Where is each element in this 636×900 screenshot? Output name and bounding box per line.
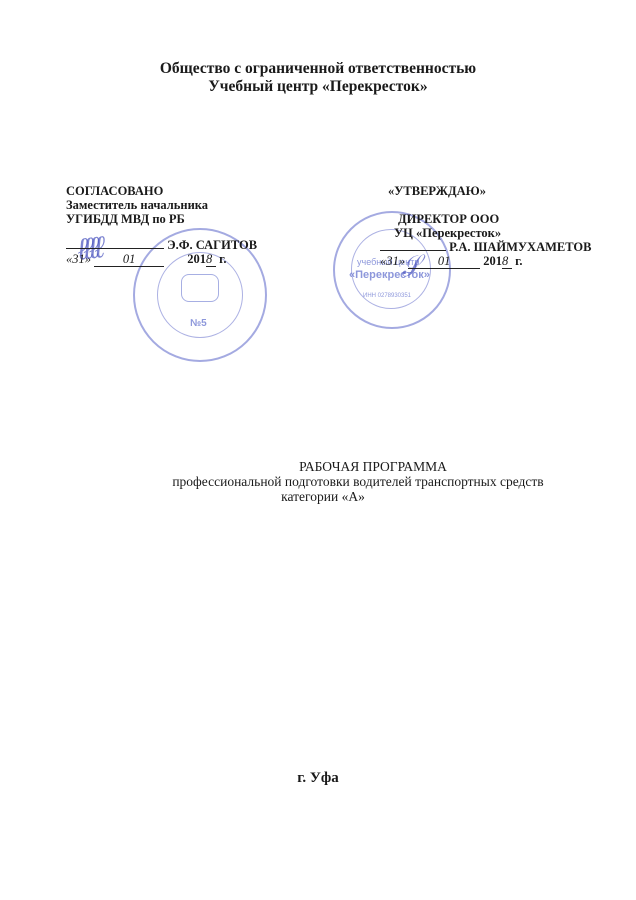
approval-left-department: УГИБДД МВД по РБ — [66, 212, 257, 226]
program-title: РАБОЧАЯ ПРОГРАММА — [0, 459, 636, 474]
approval-right-day: «31» — [380, 254, 405, 268]
approval-left: СОГЛАСОВАНО Заместитель начальника УГИБД… — [66, 184, 257, 267]
city-name: г. Уфа — [297, 770, 339, 786]
approval-right: «УТВЕРЖДАЮ» ДИРЕКТОР ООО УЦ «Перекресток… — [388, 184, 591, 269]
program-subtitle: профессиональной подготовки водителей тр… — [0, 474, 636, 489]
organization-subname: Учебный центр «Перекресток» — [0, 78, 636, 96]
approval-left-day: «31» — [66, 252, 91, 266]
approval-left-position: Заместитель начальника — [66, 198, 257, 212]
approval-right-position-2: УЦ «Перекресток» — [394, 226, 591, 240]
approval-left-year-hand: 8 — [206, 252, 216, 267]
approval-right-title: «УТВЕРЖДАЮ» — [388, 184, 591, 198]
emblem-icon — [181, 274, 219, 302]
company-stamp-inn: ИНН 0278930351 — [363, 293, 411, 299]
approval-right-position-1: ДИРЕКТОР ООО — [398, 212, 591, 226]
approval-right-year-hand: 8 — [502, 254, 512, 269]
approval-left-title: СОГЛАСОВАНО — [66, 184, 257, 198]
program-category: категории «А» — [0, 489, 636, 504]
approval-left-year-suffix: г. — [219, 252, 226, 266]
police-stamp-number: №5 — [190, 318, 207, 329]
approval-left-month: 01 — [123, 252, 136, 266]
program-block: РАБОЧАЯ ПРОГРАММА профессиональной подго… — [0, 459, 636, 504]
approval-left-year: 201 — [187, 252, 206, 266]
approval-left-name: Э.Ф. САГИТОВ — [167, 238, 257, 252]
organization-header: Общество с ограниченной ответственностью… — [0, 60, 636, 96]
approval-right-year-suffix: г. — [515, 254, 522, 268]
approval-right-year: 201 — [483, 254, 502, 268]
approval-right-month: 01 — [438, 254, 451, 268]
city-footer: г. Уфа — [0, 770, 636, 787]
organization-name: Общество с ограниченной ответственностью — [0, 60, 636, 78]
approval-right-name: Р.А. ШАЙМУХАМЕТОВ — [449, 240, 591, 254]
